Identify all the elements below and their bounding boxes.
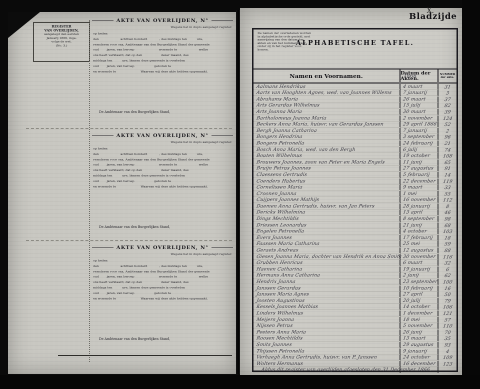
entry-act-number: 119 bbox=[439, 179, 457, 185]
form-title-row: AKTE VAN OVERLIJDEN, N° bbox=[92, 245, 233, 251]
table-row: Dings Mechtildis 8 september 98 bbox=[254, 216, 457, 222]
form-printed-lines: op hedenden achttien honderd , des midda… bbox=[93, 259, 233, 302]
table-row: Engelen Petronella 4 october 103 bbox=[254, 228, 457, 234]
table-row: Cornelissen Maria 9 maart 33 bbox=[254, 184, 457, 190]
entry-name: Bongers Petronella bbox=[254, 140, 401, 146]
entry-name: Arts Gerardus Wilhelmus bbox=[254, 103, 401, 109]
entry-date: 6 maart bbox=[401, 260, 439, 266]
table-row: Dericks Wilhelmina 13 april 46 bbox=[254, 209, 457, 215]
entry-act-number: 39 bbox=[439, 109, 457, 115]
entry-date: 20 julij bbox=[401, 298, 439, 304]
entry-name: Arts Joanna Maria bbox=[254, 109, 401, 115]
margin-stamp-line: (No. 3.) bbox=[34, 44, 89, 48]
form-right-note: Wegens het in duplo aangelegd register. bbox=[171, 141, 232, 145]
form-title-row: AKTE VAN OVERLIJDEN, N° bbox=[92, 18, 233, 24]
entry-date: 19 januarij bbox=[401, 266, 439, 272]
entry-act-number: 31 bbox=[439, 84, 457, 90]
entry-date: 4 october bbox=[401, 229, 439, 235]
entry-name: Linders Wilhelmus bbox=[254, 310, 401, 316]
table-row: Bergh Joanna Catharina 7 januarij 2 bbox=[254, 128, 457, 134]
table-row: Verhaegh Anna Gertrudis, huisvr. van P. … bbox=[254, 354, 457, 360]
table-row: Aalmans Hendrikus 4 maart 31 bbox=[254, 84, 457, 90]
form-right-note: Wegens het in duplo aangelegd register. bbox=[171, 253, 232, 257]
table-row: Giesen Joanna Maria, dochter van Hendrik… bbox=[254, 254, 457, 260]
entry-act-number: 124 bbox=[439, 116, 457, 122]
entry-name: Geraets Andreas bbox=[254, 248, 401, 254]
form-printed-line: en wonende te Waarvan wij deze akte hebb… bbox=[93, 296, 233, 301]
form-right-note: Wegens het in duplo aangelegd register. bbox=[171, 26, 232, 30]
entry-date: 27 april bbox=[401, 292, 439, 298]
entry-date: 5 november bbox=[401, 323, 439, 329]
title-rule-right bbox=[212, 136, 233, 137]
entry-name: Dericks Wilhelmina bbox=[254, 210, 401, 216]
table-row: Evers Joannes 17 februarij 18 bbox=[254, 235, 457, 241]
left-page: REGISTERVAN OVERLIJDEN,aangelegd den eer… bbox=[8, 12, 236, 374]
table-row: Bouten Wilhelmus 19 october 108 bbox=[254, 153, 457, 159]
page-fold-shadow bbox=[236, 10, 240, 374]
entry-date: 29 april 1866 bbox=[401, 122, 439, 128]
entry-name: Joosten Augustinus bbox=[254, 298, 401, 304]
entry-date: 9 maart bbox=[401, 185, 439, 191]
entry-name: Giesen Joanna Maria, dochter van Hendrik… bbox=[254, 254, 401, 260]
entry-act-number: 55 bbox=[439, 191, 457, 197]
form-title: AKTE VAN OVERLIJDEN, N° bbox=[116, 18, 208, 24]
table-row: Beckers Anna Maria, huisvr. van Gerardus… bbox=[254, 121, 457, 127]
entry-act-number: 59 bbox=[439, 242, 457, 248]
entry-name: Aldus dit register van overlijden afgesl… bbox=[254, 367, 401, 373]
table-row: Brouwers Joannes, zoon van Peter en Mari… bbox=[254, 159, 457, 165]
table-row: Aarts van Hooghten Agnes, wed. van Joann… bbox=[254, 90, 457, 96]
table-row: Janssen Maria Agnes 27 april 50 bbox=[254, 291, 457, 297]
form-bottom-note: De Ambtenaar van den Burgerlijken Stand, bbox=[99, 110, 170, 114]
table-row: Driessen Leonardus 21 junij 68 bbox=[254, 222, 457, 228]
entry-act-number: 21 bbox=[439, 141, 457, 147]
number-column-header: NUMMER der akte. bbox=[439, 70, 457, 83]
entry-act-number: 110 bbox=[439, 324, 457, 330]
table-body: Aalmans Hendrikus 4 maart 31 Aarts van H… bbox=[254, 84, 457, 371]
scan-bottom-edge bbox=[0, 375, 480, 389]
entry-date: 27 augustus bbox=[401, 166, 439, 172]
entry-act-number: 14 bbox=[439, 172, 457, 178]
entry-act-number: 112 bbox=[439, 198, 457, 204]
entry-date: 13 april bbox=[401, 210, 439, 216]
entry-date: 4 maart bbox=[401, 84, 439, 90]
table-row: Aldus dit register van overlijden afgesl… bbox=[254, 367, 457, 373]
death-certificate-form: AKTE VAN OVERLIJDEN, N° Wegens het in du… bbox=[92, 133, 233, 241]
page-number-label: Bladzijde bbox=[409, 12, 457, 22]
fine-print-line: komen. bbox=[258, 48, 323, 51]
entry-name: Bruijn Petrus Joannes bbox=[254, 166, 401, 172]
entry-date: 30 maart bbox=[401, 109, 439, 115]
entry-act-number: 88 bbox=[439, 248, 457, 254]
entry-act-number: 65 bbox=[439, 160, 457, 166]
table-row: Kessels Joannes Mathias 14 october 106 bbox=[254, 304, 457, 310]
table-row: Hermans Anna Catharina 2 junij 62 bbox=[254, 272, 457, 278]
entry-name: Smits Joannes bbox=[254, 342, 401, 348]
entry-name: Hermans Anna Catharina bbox=[254, 273, 401, 279]
table-row: Thijssen Petronella 9 januarij 4 bbox=[254, 348, 457, 354]
table-row: Croonen Joanna 1 mei 55 bbox=[254, 191, 457, 197]
title-rule-right bbox=[212, 21, 233, 22]
table-row: Bruijn Petrus Joannes 27 augustus 91 bbox=[254, 165, 457, 171]
table-row: Hendrix Joanna 23 september 100 bbox=[254, 279, 457, 285]
table-row: Daemen Anna Gertrudis, huisvr. van Jan P… bbox=[254, 203, 457, 209]
entry-act-number: 8 bbox=[439, 204, 457, 210]
entry-date: 21 junij bbox=[401, 222, 439, 228]
entry-act-number: 32 bbox=[439, 261, 457, 267]
form-printed-line: en wonende te Waarvan wij deze akte hebb… bbox=[93, 69, 233, 74]
entry-act-number: 98 bbox=[439, 217, 457, 223]
entry-act-number: 52 bbox=[439, 122, 457, 128]
form-title-row: AKTE VAN OVERLIJDEN, N° bbox=[92, 133, 233, 139]
entry-name: Janssen Gerardus bbox=[254, 285, 401, 291]
entry-name: Claessens Gertrudis bbox=[254, 172, 401, 178]
entry-act-number: 82 bbox=[439, 103, 457, 109]
title-rule-right bbox=[212, 248, 233, 249]
entry-act-number bbox=[439, 368, 457, 374]
entry-date: 18 mei bbox=[401, 317, 439, 323]
entry-act-number: 68 bbox=[439, 223, 457, 229]
entry-name: Abrahams Maria bbox=[254, 96, 401, 102]
entry-date: 3 september bbox=[401, 134, 439, 140]
entry-name: Peeters Anna Maria bbox=[254, 329, 401, 335]
entry-name: Brouwers Joannes, zoon van Peter en Mari… bbox=[254, 159, 401, 165]
entry-name: Bongers Hendrina bbox=[254, 134, 401, 140]
table-row: Arts Gerardus Wilhelmus 15 julij 82 bbox=[254, 102, 457, 108]
entry-act-number: 46 bbox=[439, 210, 457, 216]
entry-act-number: 57 bbox=[439, 317, 457, 323]
entry-act-number: 100 bbox=[439, 280, 457, 286]
section-separator bbox=[26, 128, 232, 129]
entry-date: 23 september bbox=[401, 279, 439, 285]
table-row: Abrahams Maria 26 maart 37 bbox=[254, 96, 457, 102]
entry-act-number: 16 bbox=[439, 286, 457, 292]
entry-act-number: 96 bbox=[439, 135, 457, 141]
entry-name: Bouten Wilhelmus bbox=[254, 153, 401, 159]
entry-date: 11 junij bbox=[401, 159, 439, 165]
entry-act-number: 18 bbox=[439, 235, 457, 241]
entry-act-number: 108 bbox=[439, 154, 457, 160]
entry-act-number: 106 bbox=[439, 305, 457, 311]
entry-name: Croonen Joanna bbox=[254, 191, 401, 197]
entry-name: Hendrix Joanna bbox=[254, 279, 401, 285]
entry-name: Nijssen Petrus bbox=[254, 323, 401, 329]
table-row: Coenders Hubertus 22 december 119 bbox=[254, 178, 457, 184]
table-row: Smits Joannes 29 augustus 93 bbox=[254, 342, 457, 348]
entry-name: Bartholomeus Joanna Maria bbox=[254, 115, 401, 121]
entry-date: 10 februarij bbox=[401, 285, 439, 291]
form-printed-lines: op hedenden achttien honderd , des midda… bbox=[93, 147, 233, 190]
form-bottom-note: De Ambtenaar van den Burgerlijken Stand, bbox=[99, 225, 170, 229]
margin-stamp-box: REGISTERVAN OVERLIJDEN,aangelegd den eer… bbox=[33, 22, 90, 62]
entry-act-number: 3 bbox=[439, 91, 457, 97]
entry-act-number: 2 bbox=[439, 128, 457, 134]
table-row: Linders Wilhelmus 1 december 121 bbox=[254, 310, 457, 316]
entry-date: 24 october bbox=[401, 355, 439, 361]
entry-act-number: 121 bbox=[439, 311, 457, 317]
entry-act-number: 79 bbox=[439, 298, 457, 304]
entry-act-number: 70 bbox=[439, 330, 457, 336]
entry-name: Engelen Petronella bbox=[254, 229, 401, 235]
entry-act-number: 91 bbox=[439, 166, 457, 172]
entry-name: Bergh Joanna Catharina bbox=[254, 128, 401, 134]
entry-act-number: 123 bbox=[439, 361, 457, 367]
entry-date: 7 januarij bbox=[401, 128, 439, 134]
form-title: AKTE VAN OVERLIJDEN, N° bbox=[116, 245, 208, 251]
form-bottom-note: De Ambtenaar van den Burgerlijken Stand, bbox=[99, 337, 170, 341]
entry-date bbox=[401, 367, 439, 373]
table-row: Nijssen Petrus 5 november 110 bbox=[254, 323, 457, 329]
entry-act-number: 6 bbox=[439, 267, 457, 273]
entry-name: Kessels Joannes Mathias bbox=[254, 304, 401, 310]
entry-date: 25 mei bbox=[401, 241, 439, 247]
entry-act-number: 35 bbox=[439, 336, 457, 342]
entry-date: 13 maart bbox=[401, 336, 439, 342]
death-certificate-form: AKTE VAN OVERLIJDEN, N° Wegens het in du… bbox=[92, 18, 233, 126]
table-row: Meijers Joanna 18 mei 57 bbox=[254, 316, 457, 322]
form-printed-line: en wonende te Waarvan wij deze akte hebb… bbox=[93, 184, 233, 189]
entry-date: 2 november bbox=[401, 115, 439, 121]
entry-name: Bosch Anna Maria, wed. van den Bergh bbox=[254, 147, 401, 153]
scan-torn-edge bbox=[462, 0, 480, 389]
margin-stamp-text: REGISTERVAN OVERLIJDEN,aangelegd den eer… bbox=[34, 23, 89, 61]
right-page: X. Bladzijde De namen der overledenen wo… bbox=[240, 8, 462, 376]
entry-act-number: 116 bbox=[439, 254, 457, 260]
entry-date: 24 februarij bbox=[401, 140, 439, 146]
entry-name: Dings Mechtildis bbox=[254, 216, 401, 222]
entry-date: 22 december bbox=[401, 178, 439, 184]
entry-date: 26 maart bbox=[401, 96, 439, 102]
entry-date: 12 augustus bbox=[401, 248, 439, 254]
entry-name: Beckers Anna Maria, huisvr. van Gerardus… bbox=[254, 122, 401, 128]
entry-date: 2 junij bbox=[401, 273, 439, 279]
entry-name: Aarts van Hooghten Agnes, wed. van Joann… bbox=[254, 90, 401, 96]
entry-date: 1 december bbox=[401, 310, 439, 316]
entry-date: 16 december bbox=[401, 361, 439, 367]
entry-date: 15 julij bbox=[401, 103, 439, 109]
entry-name: Verhaegh Anna Gertrudis, huisvr. van P. … bbox=[254, 355, 401, 361]
entry-name: Janssen Maria Agnes bbox=[254, 292, 401, 298]
table-row: Haenen Catharina 19 januarij 6 bbox=[254, 266, 457, 272]
entry-date: 7 januarij bbox=[401, 90, 439, 96]
table-row: Joosten Augustinus 20 julij 79 bbox=[254, 298, 457, 304]
entry-act-number: 93 bbox=[439, 342, 457, 348]
form-title: AKTE VAN OVERLIJDEN, N° bbox=[116, 133, 208, 139]
table-row: Peeters Anna Maria 26 junij 70 bbox=[254, 329, 457, 335]
entry-name: Wolters Hermanus bbox=[254, 361, 401, 367]
entry-act-number: 33 bbox=[439, 185, 457, 191]
table-row: Bosch Anna Maria, wed. van den Bergh 6 j… bbox=[254, 146, 457, 152]
year-heading: 1866 bbox=[404, 74, 417, 80]
entry-date: 29 augustus bbox=[401, 342, 439, 348]
margin-rule bbox=[89, 20, 90, 362]
entry-date: 14 october bbox=[401, 304, 439, 310]
entry-date: 9 januarij bbox=[401, 348, 439, 354]
table-row: Bongers Petronella 24 februarij 21 bbox=[254, 140, 457, 146]
entry-date: 8 september bbox=[401, 216, 439, 222]
scanned-document: REGISTERVAN OVERLIJDEN,aangelegd den eer… bbox=[0, 0, 480, 389]
table-row: Grubben Henricus 6 maart 32 bbox=[254, 260, 457, 266]
entry-name: Grubben Henricus bbox=[254, 260, 401, 266]
page-bottom-rule bbox=[58, 355, 232, 356]
table-row: Janssen Gerardus 10 februarij 16 bbox=[254, 285, 457, 291]
table-row: Arts Joanna Maria 30 maart 39 bbox=[254, 109, 457, 115]
entry-act-number: 109 bbox=[439, 355, 457, 361]
entry-date: 19 october bbox=[401, 153, 439, 159]
entry-date: 30 november bbox=[401, 254, 439, 260]
table-header-row: Namen en Voornamen. Datum der Akten. NUM… bbox=[254, 69, 457, 84]
entry-act-number: 50 bbox=[439, 292, 457, 298]
table-row: Claessens Gertrudis 5 februarij 14 bbox=[254, 172, 457, 178]
title-rule-left bbox=[92, 136, 113, 137]
entry-date: 6 julij bbox=[401, 147, 439, 153]
entry-name: Cornelissen Maria bbox=[254, 185, 401, 191]
table-row: Faassen Maria Catharina 25 mei 59 bbox=[254, 241, 457, 247]
title-rule-left bbox=[92, 248, 113, 249]
table-row: Wolters Hermanus 16 december 123 bbox=[254, 361, 457, 367]
names-column-header: Namen en Voornamen. bbox=[254, 70, 401, 83]
table-row: Roosen Mechtildis 13 maart 35 bbox=[254, 335, 457, 341]
death-certificate-form: AKTE VAN OVERLIJDEN, N° Wegens het in du… bbox=[92, 245, 233, 353]
entry-name: Aalmans Hendrikus bbox=[254, 84, 401, 90]
entry-name: Coenders Hubertus bbox=[254, 178, 401, 184]
entry-name: Driessen Leonardus bbox=[254, 222, 401, 228]
entry-act-number: 4 bbox=[439, 349, 457, 355]
entry-date: 1 mei bbox=[401, 191, 439, 197]
table-row: Cuijpers Joannes Mathijs 16 november 112 bbox=[254, 197, 457, 203]
table-row: Geraets Andreas 12 augustus 88 bbox=[254, 247, 457, 253]
table-row: Bongers Hendrina 3 september 96 bbox=[254, 134, 457, 140]
entry-name: Roosen Mechtildis bbox=[254, 336, 401, 342]
entry-act-number: 37 bbox=[439, 97, 457, 103]
entry-date: 26 junij bbox=[401, 329, 439, 335]
entry-act-number: 103 bbox=[439, 229, 457, 235]
table-title: ALPHABETISCHE TAFEL. bbox=[254, 40, 457, 48]
entry-date: 5 februarij bbox=[401, 172, 439, 178]
alphabetical-table: De namen der overledenen wordenin alphab… bbox=[252, 28, 458, 372]
entry-date: 16 november bbox=[401, 197, 439, 203]
entry-name: Haenen Catharina bbox=[254, 266, 401, 272]
table-row: Bartholomeus Joanna Maria 2 november 124 bbox=[254, 115, 457, 121]
entry-name: Thijssen Petronella bbox=[254, 348, 401, 354]
entry-name: Faassen Maria Catharina bbox=[254, 241, 401, 247]
entry-name: Cuijpers Joannes Mathijs bbox=[254, 197, 401, 203]
form-printed-lines: op hedenden achttien honderd , des midda… bbox=[93, 32, 233, 75]
entry-act-number: 62 bbox=[439, 273, 457, 279]
entry-name: Meijers Joanna bbox=[254, 317, 401, 323]
title-rule-left bbox=[92, 21, 113, 22]
entry-act-number: 74 bbox=[439, 147, 457, 153]
